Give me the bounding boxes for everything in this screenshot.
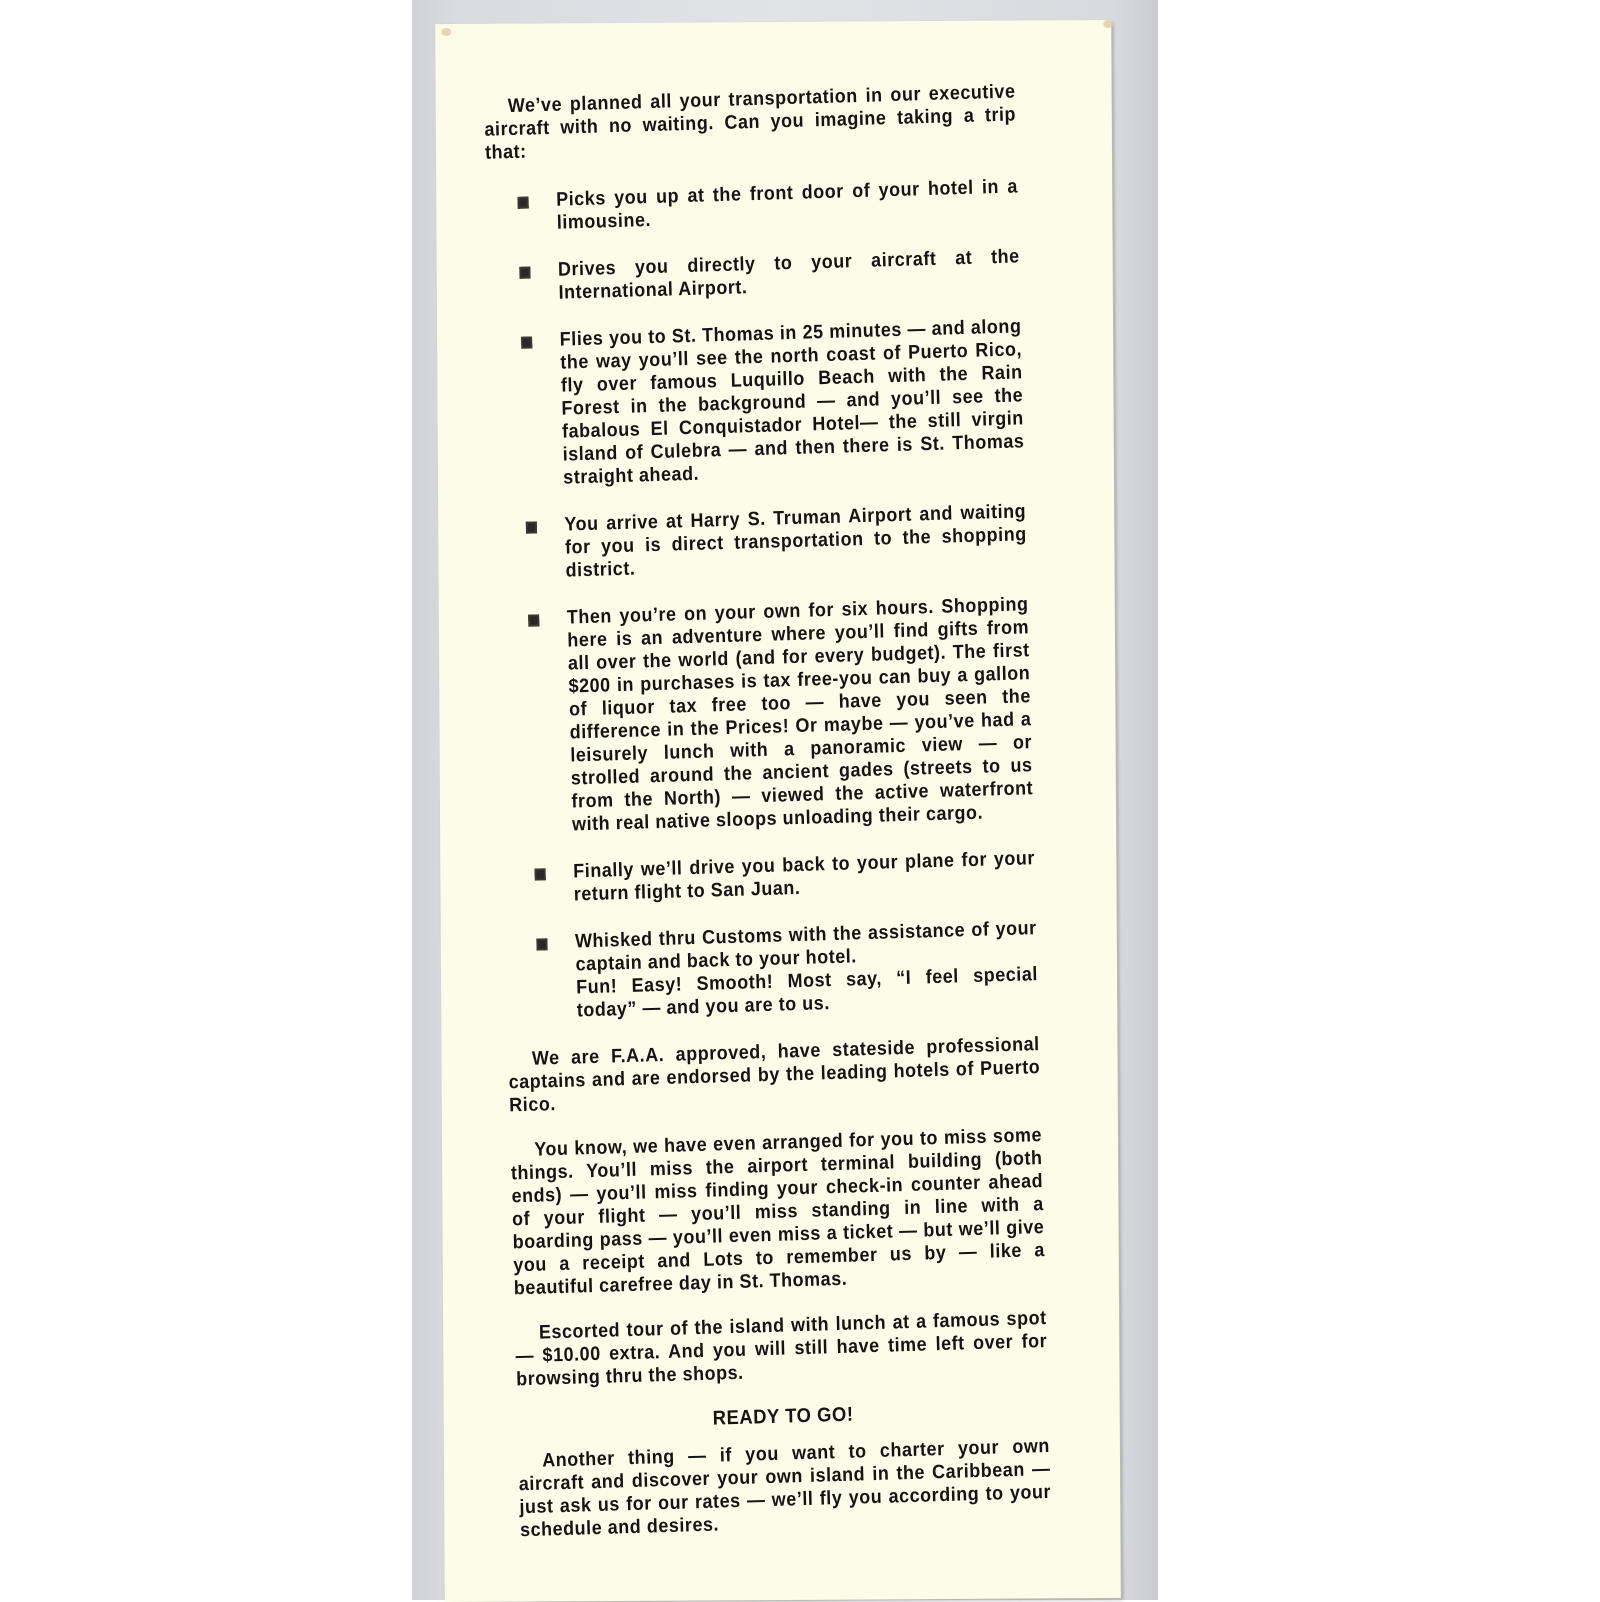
miss-paragraph: You know, we have even arranged for you … bbox=[510, 1124, 1046, 1300]
charter-paragraph: Another thing — if you want to charter y… bbox=[518, 1435, 1052, 1542]
list-item: Picks you up at the front door of your h… bbox=[486, 175, 1019, 236]
corner-wear-mark bbox=[441, 28, 451, 36]
square-bullet-icon bbox=[517, 197, 528, 209]
list-item: Flies you to St. Thomas in 25 minutes — … bbox=[490, 315, 1026, 491]
square-bullet-icon bbox=[536, 938, 547, 950]
square-bullet-icon bbox=[526, 521, 537, 533]
tour-paragraph: Escorted tour of the island with lunch a… bbox=[515, 1307, 1048, 1391]
corner-wear-mark bbox=[1103, 20, 1113, 28]
square-bullet-icon bbox=[528, 614, 539, 626]
square-bullet-icon bbox=[519, 267, 530, 279]
list-item-text: Picks you up at the front door of your h… bbox=[556, 175, 1018, 233]
brochure-card: We’ve planned all your transportation in… bbox=[435, 20, 1121, 1600]
list-item: Whisked thru Customs with the assistance… bbox=[505, 917, 1039, 1024]
ready-heading: READY TO GO! bbox=[517, 1398, 1049, 1436]
brochure-text: We’ve planned all your transportation in… bbox=[484, 80, 1053, 1564]
square-bullet-icon bbox=[535, 868, 546, 880]
list-item: Drives you directly to your aircraft at … bbox=[488, 245, 1021, 306]
faa-paragraph: We are F.A.A. approved, have stateside p… bbox=[508, 1033, 1041, 1117]
intro-paragraph: We’ve planned all your transportation in… bbox=[484, 80, 1017, 164]
list-item: Finally we’ll drive you back to your pla… bbox=[503, 847, 1036, 908]
list-item-text: You arrive at Harry S. Truman Airport an… bbox=[564, 500, 1027, 581]
list-item-text: Flies you to St. Thomas in 25 minutes — … bbox=[559, 315, 1024, 488]
list-item-text: Then you’re on your own for six hours. S… bbox=[567, 593, 1034, 835]
list-item-text: Finally we’ll drive you back to your pla… bbox=[573, 847, 1035, 905]
square-bullet-icon bbox=[521, 336, 532, 348]
list-item-text: Drives you directly to your aircraft at … bbox=[558, 245, 1020, 303]
list-item: Then you’re on your own for six hours. S… bbox=[497, 593, 1034, 838]
list-item: You arrive at Harry S. Truman Airport an… bbox=[494, 500, 1027, 584]
trip-feature-list: Picks you up at the front door of your h… bbox=[486, 175, 1039, 1024]
